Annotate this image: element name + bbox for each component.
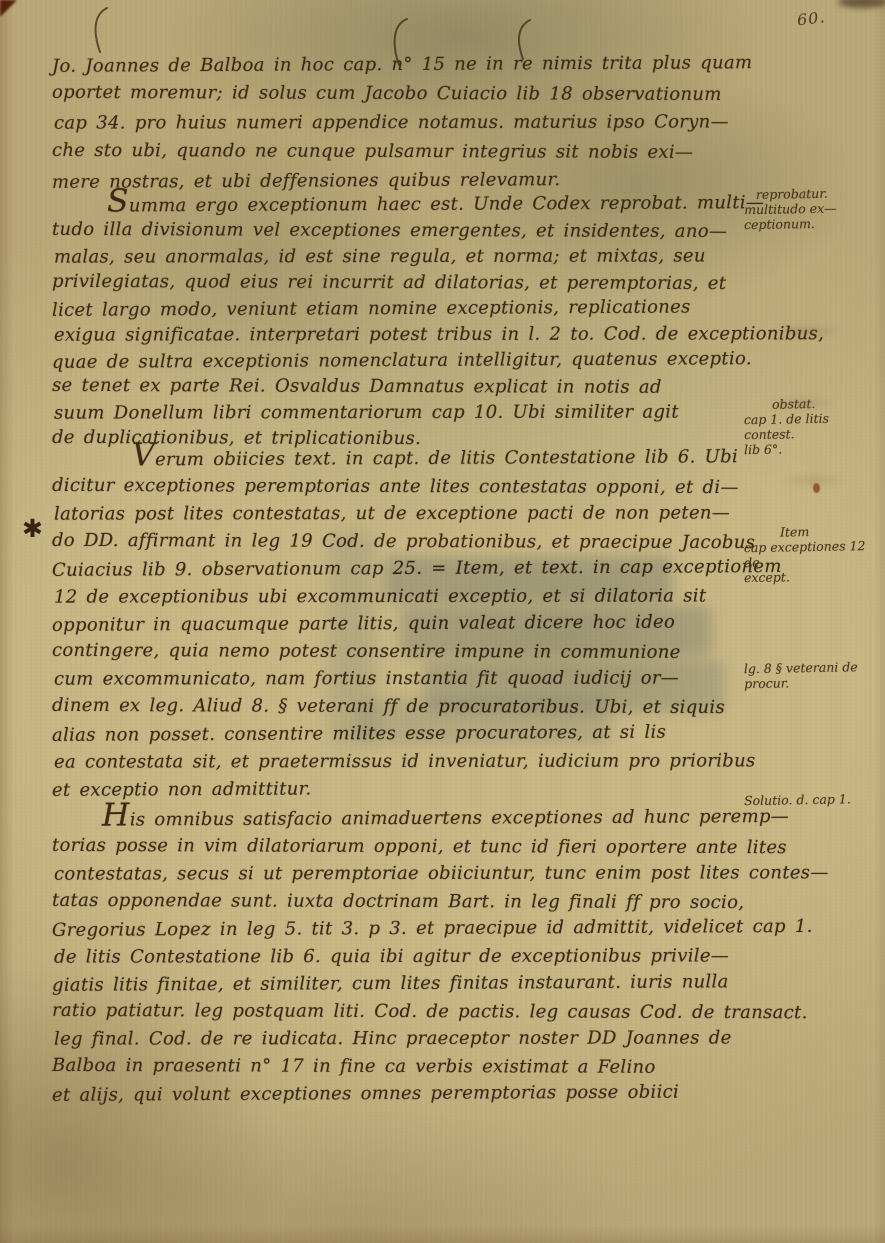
text-line: privilegiatas, quod eius rei incurrit ad… (52, 269, 752, 297)
text-line: contestatas, secus si ut peremptoriae ob… (54, 859, 754, 888)
paragraph: Jo. Joannes de Balboa in hoc cap. n° 15 … (52, 50, 752, 195)
text-line: contingere, quia nemo potest consentire … (52, 636, 752, 666)
text-line: Summa ergo exceptionum haec est. Unde Co… (52, 186, 752, 220)
margin-note-line: cap 1. de litis contest. (744, 410, 881, 442)
text-line: torias posse in vim dilatoriarum opponi,… (52, 831, 752, 861)
margin-note-line: except. (744, 568, 880, 585)
margin-note: Itemcap exceptiones 12 deexcept. (744, 524, 880, 584)
text-line: cum excommunicato, nam fortius instantia… (54, 664, 754, 693)
folio-number: 60. (796, 7, 827, 29)
text-line: Balboa in praesenti n° 17 in fine ca ver… (52, 1051, 752, 1081)
text-line: giatis litis finitae, et similiter, cum … (52, 968, 752, 999)
text-line: malas, seu anormalas, id est sine regula… (54, 243, 754, 270)
text-line: exigua significatae. interpretari potest… (54, 321, 754, 348)
margin-note-line: ceptionum. (744, 215, 880, 232)
text-line: 12 de exceptionibus ubi excommunicati ex… (54, 582, 754, 611)
margin-note: obstat.cap 1. de litis contest.lib 6°. (744, 396, 880, 456)
text-line: che sto ubi, quando ne cunque pulsamur i… (52, 136, 752, 167)
text-line: His omnibus satisfacio animaduertens exc… (52, 800, 752, 834)
text-line: Gregorius Lopez in leg 5. tit 3. p 3. et… (52, 913, 752, 944)
text-line: se tenet ex parte Rei. Osvaldus Damnatus… (52, 373, 752, 401)
margin-note-line: lg. 8 § veterani de procur. (744, 659, 881, 691)
ink-fleck (813, 483, 820, 493)
paragraph: His omnibus satisfacio animaduertens exc… (52, 802, 752, 1108)
text-line: tatas opponendae sunt. iuxta doctrinam B… (52, 886, 752, 916)
margin-note: Solutio. d. cap 1. (744, 792, 880, 807)
paragraph: Verum obiicies text. in capt. de litis C… (52, 442, 752, 803)
margin-note-line: lib 6°. (744, 440, 880, 457)
margin-note-line: cap exceptiones 12 de (744, 538, 881, 570)
text-line: alias non posset. consentire milites ess… (52, 718, 752, 749)
text-line: ea contestata sit, et praetermissus id i… (54, 747, 754, 776)
text-line: tudo illa divisionum vel exceptiones eme… (52, 217, 752, 245)
margin-note: reprobatur. multitudo ex—ceptionum. (744, 186, 880, 231)
text-line: latorias post lites contestatas, ut de e… (54, 499, 754, 528)
text-line: Cuiacius lib 9. observationum cap 25. = … (52, 553, 752, 584)
text-line: Jo. Joannes de Balboa in hoc cap. n° 15 … (52, 48, 752, 81)
text-line: oportet moremur; id solus cum Jacobo Cui… (52, 78, 752, 109)
margin-note-line: Solutio. d. cap 1. (744, 791, 880, 808)
text-line: suum Donellum libri commentariorum cap 1… (54, 399, 754, 426)
text-line: cap 34. pro huius numeri appendice notam… (54, 107, 754, 137)
text-line: leg final. Cod. de re iudicata. Hinc pra… (54, 1024, 754, 1053)
text-line: dinem ex leg. Aliud 8. § veterani ff de … (52, 691, 752, 721)
corner-stain (0, 0, 17, 17)
manuscript-page: 60. Jo. Joannes de Balboa in hoc cap. n°… (0, 0, 885, 1243)
margin-note: lg. 8 § veterani de procur. (744, 660, 880, 690)
ink-flourish-icon (88, 5, 112, 55)
text-line: et alijs, qui volunt exceptiones omnes p… (52, 1078, 752, 1109)
text-line: quae de sultra exceptionis nomenclatura … (52, 346, 752, 376)
margin-asterisk: ✱ (22, 514, 43, 543)
text-line: ratio patiatur. leg postquam liti. Cod. … (52, 996, 752, 1026)
text-line: et exceptio non admittitur. (52, 773, 752, 804)
text-line: de litis Contestatione lib 6. quia ibi a… (54, 942, 754, 971)
text-line: licet largo modo, veniunt etiam nomine e… (52, 294, 752, 324)
margin-note-line: reprobatur. multitudo ex— (744, 185, 881, 217)
text-line: do DD. affirmant in leg 19 Cod. de proba… (52, 526, 752, 556)
text-line: Verum obiicies text. in capt. de litis C… (52, 440, 752, 474)
edge-smudge (838, 0, 885, 8)
text-line: opponitur in quacumque parte litis, quin… (52, 608, 752, 639)
paragraph: Summa ergo exceptionum haec est. Unde Co… (52, 188, 752, 452)
text-line: dicitur exceptiones peremptorias ante li… (52, 471, 752, 501)
